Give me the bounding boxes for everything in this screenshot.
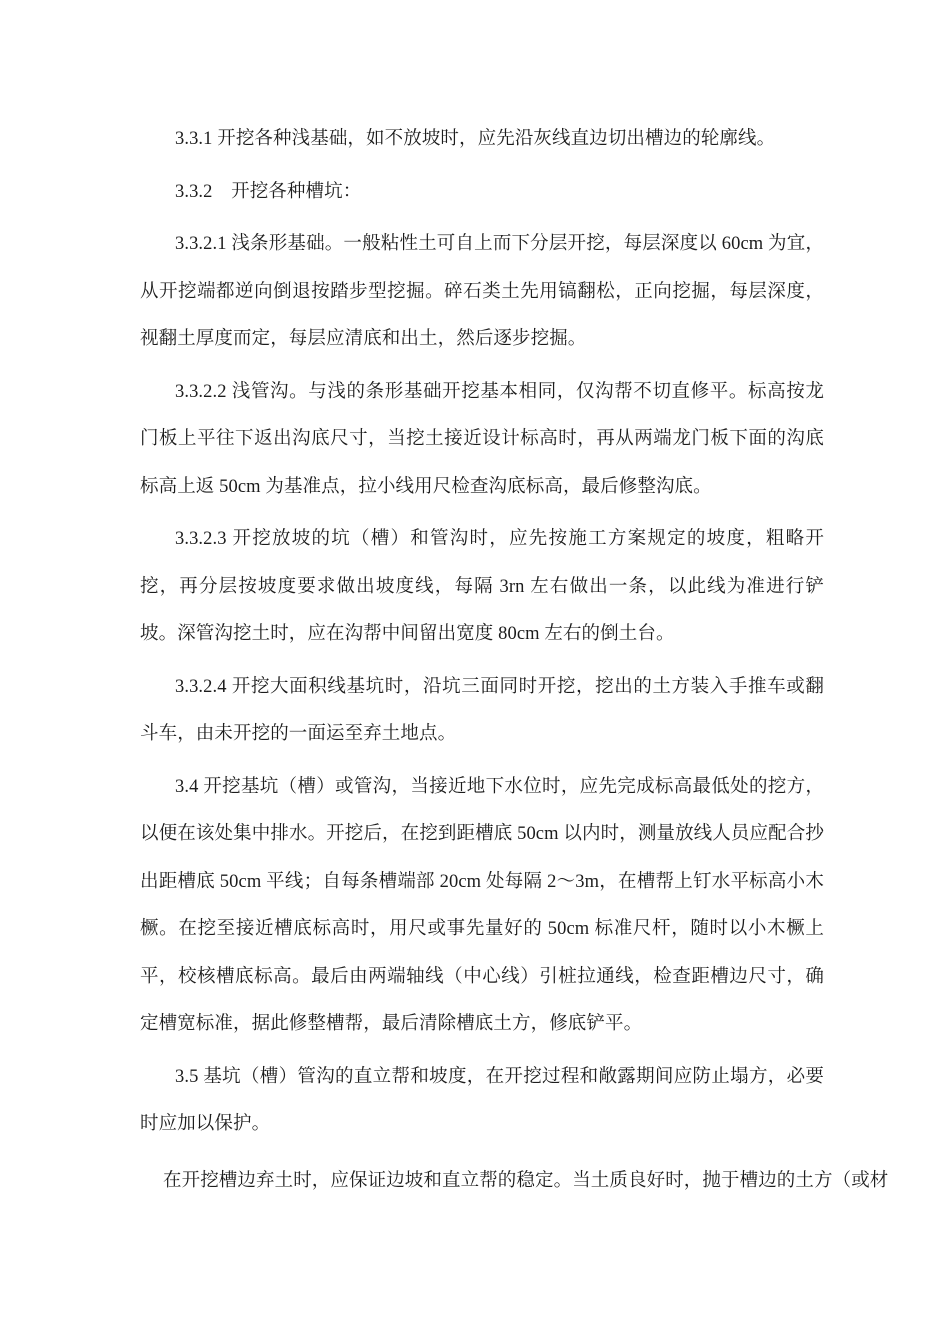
clause-3-4: 3.4 开挖基坑（槽）或管沟，当接近地下水位时，应先完成标高最低处的挖方，以便在… (140, 764, 824, 1049)
clause-3-3-2-4: 3.3.2.4 开挖大面积线基坑时，沿坑三面同时开挖，挖出的土方装入手推车或翻斗… (140, 664, 824, 759)
clause-3-3-2: 3.3.2 开挖各种槽坑： (140, 169, 824, 217)
paragraph-continuation: 在开挖槽边弃土时，应保证边坡和直立帮的稳定。当土质良好时，抛于槽边的土方（或材 (140, 1158, 824, 1206)
clause-3-3-2-3: 3.3.2.3 开挖放坡的坑（槽）和管沟时，应先按施工方案规定的坡度，粗略开挖，… (140, 516, 824, 659)
document-page: 3.3.1 开挖各种浅基础，如不放坡时，应先沿灰线直边切出槽边的轮廓线。 3.3… (0, 0, 950, 1344)
clause-3-3-2-1: 3.3.2.1 浅条形基础。一般粘性土可自上而下分层开挖，每层深度以 60cm … (140, 221, 824, 364)
clause-3-5: 3.5 基坑（槽）管沟的直立帮和坡度，在开挖过程和敞露期间应防止塌方，必要时应加… (140, 1054, 824, 1149)
clause-3-3-2-2: 3.3.2.2 浅管沟。与浅的条形基础开挖基本相同，仅沟帮不切直修平。标高按龙门… (140, 369, 824, 512)
clause-3-3-1: 3.3.1 开挖各种浅基础，如不放坡时，应先沿灰线直边切出槽边的轮廓线。 (140, 116, 824, 164)
